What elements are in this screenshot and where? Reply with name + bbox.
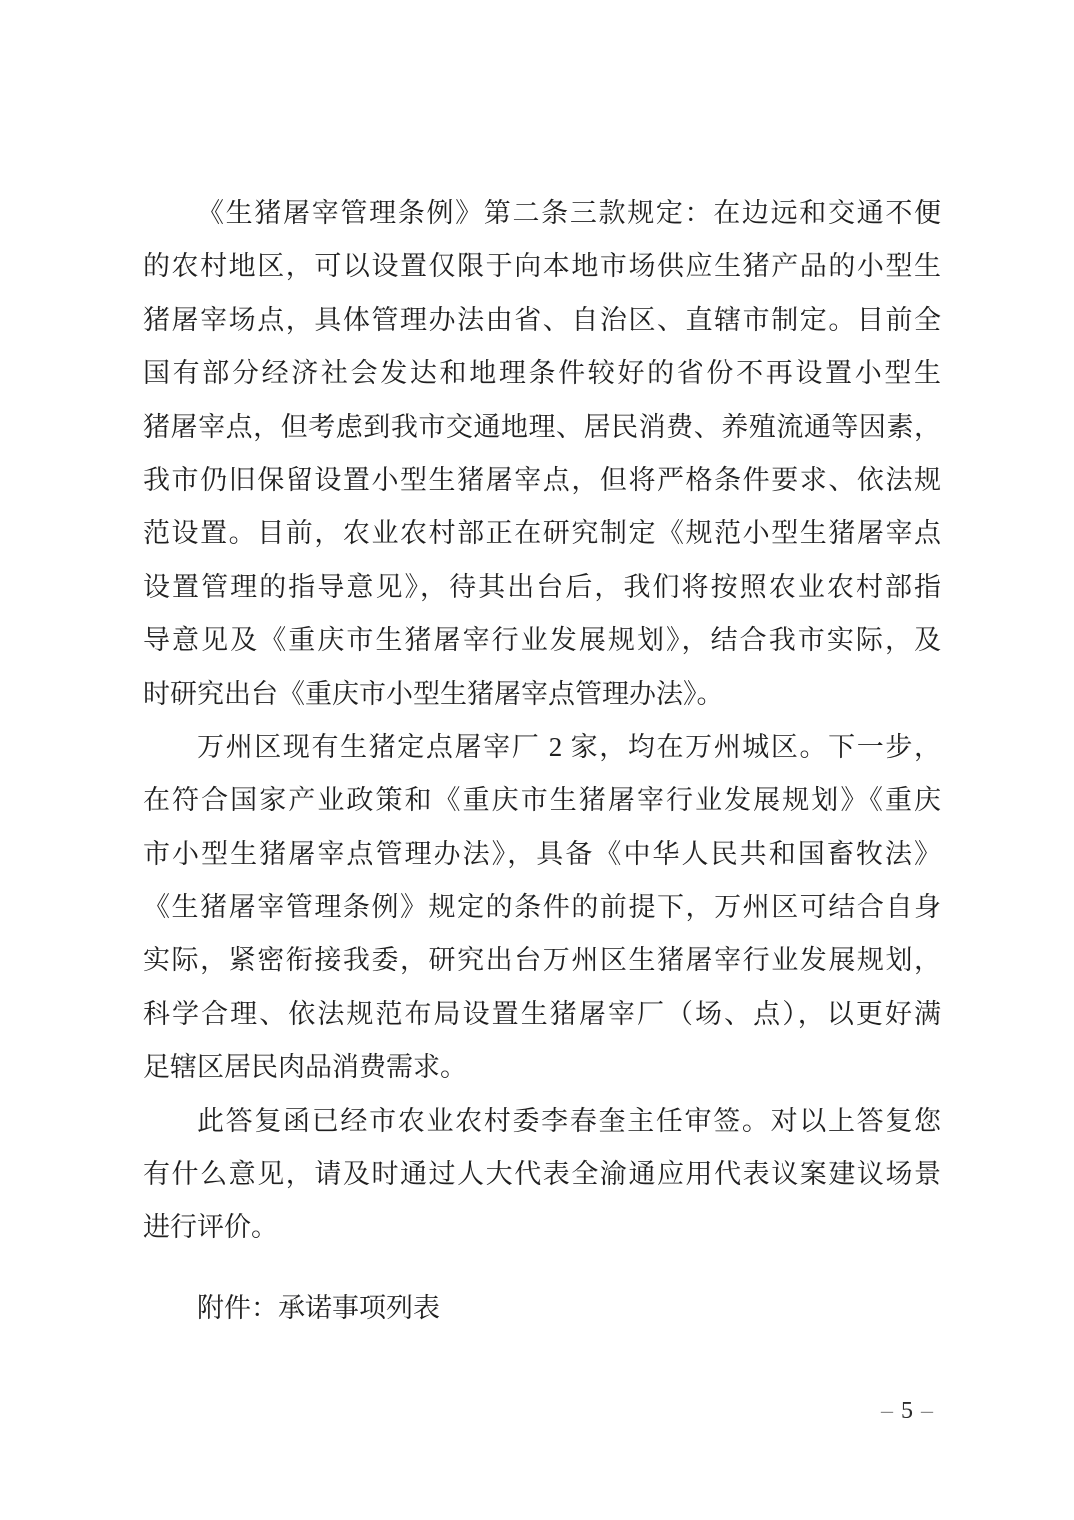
text-line: 在符合国家产业政策和《重庆市生猪屠宰行业发展规划》《重庆 xyxy=(143,774,941,827)
attachment-line: 附件：承诺事项列表 xyxy=(143,1282,941,1335)
page-number: –5– xyxy=(143,1396,941,1426)
paragraph-spacer xyxy=(143,1255,941,1282)
text-line: 科学合理、依法规范布局设置生猪屠宰厂（场、点），以更好满 xyxy=(143,988,941,1041)
document-page: 《生猪屠宰管理条例》第二条三款规定：在边远和交通不便 的农村地区，可以设置仅限于… xyxy=(0,0,1074,1520)
text-line: 范设置。目前，农业农村部正在研究制定《规范小型生猪屠宰点 xyxy=(143,507,941,560)
text-line: 国有部分经济社会发达和地理条件较好的省份不再设置小型生 xyxy=(143,347,941,400)
text-line: 万州区现有生猪定点屠宰厂 2 家，均在万州城区。下一步， xyxy=(143,721,941,774)
paragraph-1: 《生猪屠宰管理条例》第二条三款规定：在边远和交通不便 的农村地区，可以设置仅限于… xyxy=(143,187,941,721)
text-line: 猪屠宰场点，具体管理办法由省、自治区、直辖市制定。目前全 xyxy=(143,294,941,347)
page-number-right-dash: – xyxy=(914,1398,941,1424)
text-line: 此答复函已经市农业农村委李春奎主任审签。对以上答复您 xyxy=(143,1095,941,1148)
text-line: 市小型生猪屠宰点管理办法》，具备《中华人民共和国畜牧法》 xyxy=(143,828,941,881)
text-line: 设置管理的指导意见》，待其出台后，我们将按照农业农村部指 xyxy=(143,561,941,614)
text-line: 有什么意见，请及时通过人大代表全渝通应用代表议案建议场景 xyxy=(143,1148,941,1201)
attachment-section: 附件：承诺事项列表 xyxy=(143,1282,941,1335)
text-line: 《生猪屠宰管理条例》规定的条件的前提下，万州区可结合自身 xyxy=(143,881,941,934)
paragraph-3: 此答复函已经市农业农村委李春奎主任审签。对以上答复您 有什么意见，请及时通过人大… xyxy=(143,1095,941,1255)
document-body: 《生猪屠宰管理条例》第二条三款规定：在边远和交通不便 的农村地区，可以设置仅限于… xyxy=(143,187,941,1335)
text-line: 的农村地区，可以设置仅限于向本地市场供应生猪产品的小型生 xyxy=(143,240,941,293)
paragraph-2: 万州区现有生猪定点屠宰厂 2 家，均在万州城区。下一步， 在符合国家产业政策和《… xyxy=(143,721,941,1095)
text-line: 时研究出台《重庆市小型生猪屠宰点管理办法》。 xyxy=(143,668,941,721)
text-line: 实际，紧密衔接我委，研究出台万州区生猪屠宰行业发展规划， xyxy=(143,934,941,987)
text-line: 足辖区居民肉品消费需求。 xyxy=(143,1041,941,1094)
text-line: 猪屠宰点，但考虑到我市交通地理、居民消费、养殖流通等因素， xyxy=(143,401,941,454)
page-number-left-dash: – xyxy=(874,1398,901,1424)
text-line: 导意见及《重庆市生猪屠宰行业发展规划》，结合我市实际，及 xyxy=(143,614,941,667)
text-line: 我市仍旧保留设置小型生猪屠宰点，但将严格条件要求、依法规 xyxy=(143,454,941,507)
page-number-value: 5 xyxy=(901,1398,914,1424)
text-line: 进行评价。 xyxy=(143,1201,941,1254)
text-line: 《生猪屠宰管理条例》第二条三款规定：在边远和交通不便 xyxy=(143,187,941,240)
